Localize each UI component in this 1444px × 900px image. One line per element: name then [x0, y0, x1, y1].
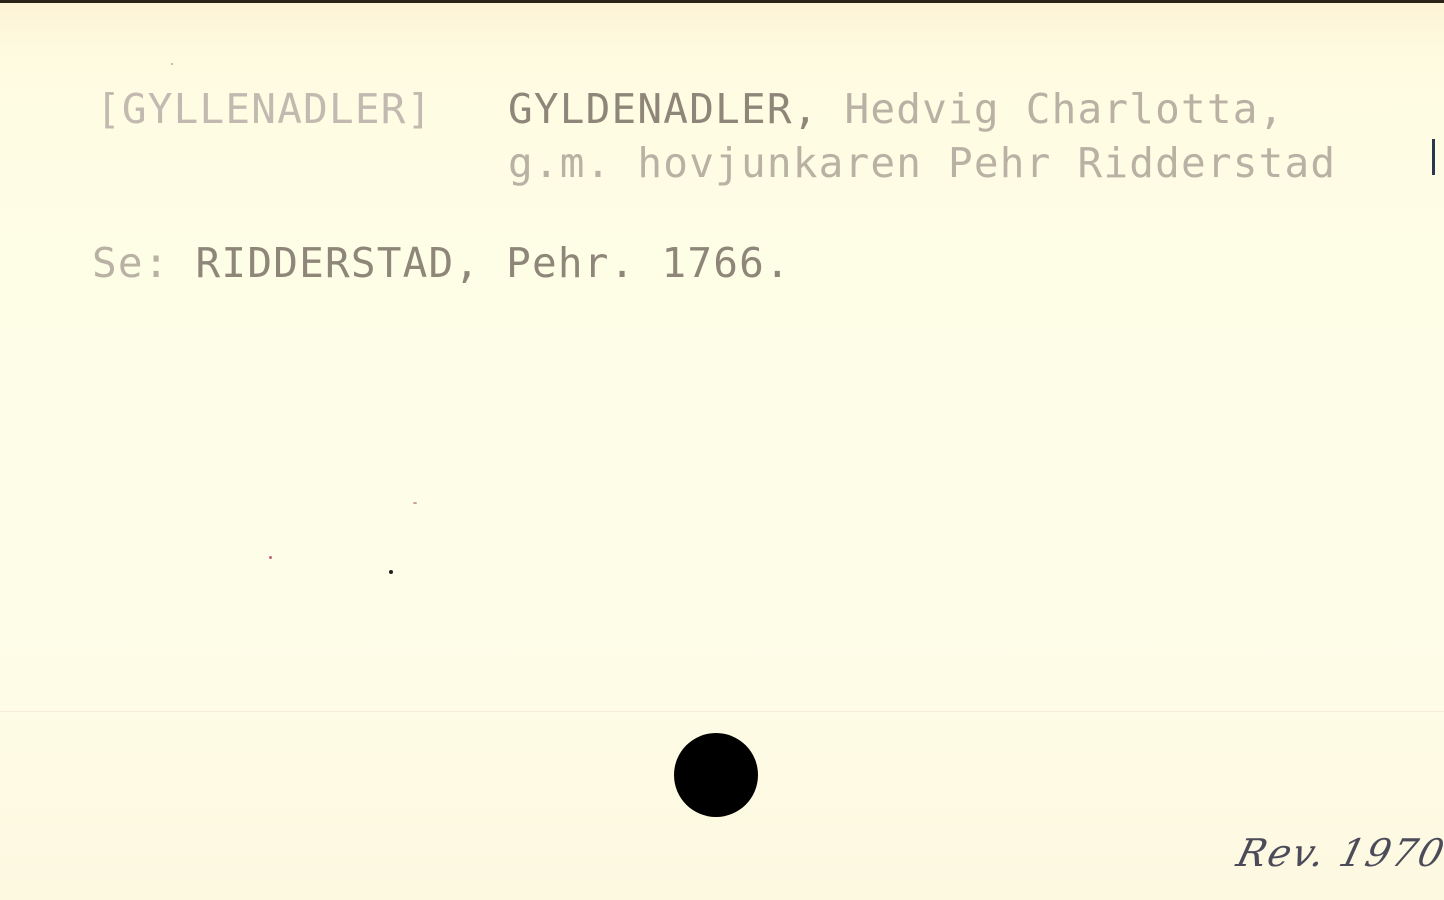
- main-entry-heading: GYLDENADLER, Hedvig Charlotta,: [508, 89, 1285, 130]
- see-target[interactable]: RIDDERSTAD, Pehr. 1766.: [196, 239, 791, 287]
- see-prefix: Se:: [92, 239, 170, 287]
- paper-speck: [389, 570, 393, 574]
- spouse-note: g.m. hovjunkaren Pehr Ridderstad: [508, 143, 1336, 184]
- see-reference: Se: RIDDERSTAD, Pehr. 1766.: [92, 243, 791, 284]
- pen-correction-mark: [1432, 139, 1444, 175]
- revision-note: Rev. 1970: [1233, 831, 1444, 875]
- catalog-card: [GYLLENADLER] GYLDENADLER, Hedvig Charlo…: [0, 0, 1444, 900]
- punch-hole-dot-icon: [674, 733, 758, 817]
- paper-speck: [413, 502, 417, 504]
- paper-speck: [171, 63, 173, 65]
- paper-speck: [269, 556, 272, 559]
- entry-given-names: Hedvig Charlotta,: [845, 85, 1285, 133]
- entry-surname: GYLDENADLER,: [508, 85, 819, 133]
- variant-name-heading: [GYLLENADLER]: [96, 89, 433, 130]
